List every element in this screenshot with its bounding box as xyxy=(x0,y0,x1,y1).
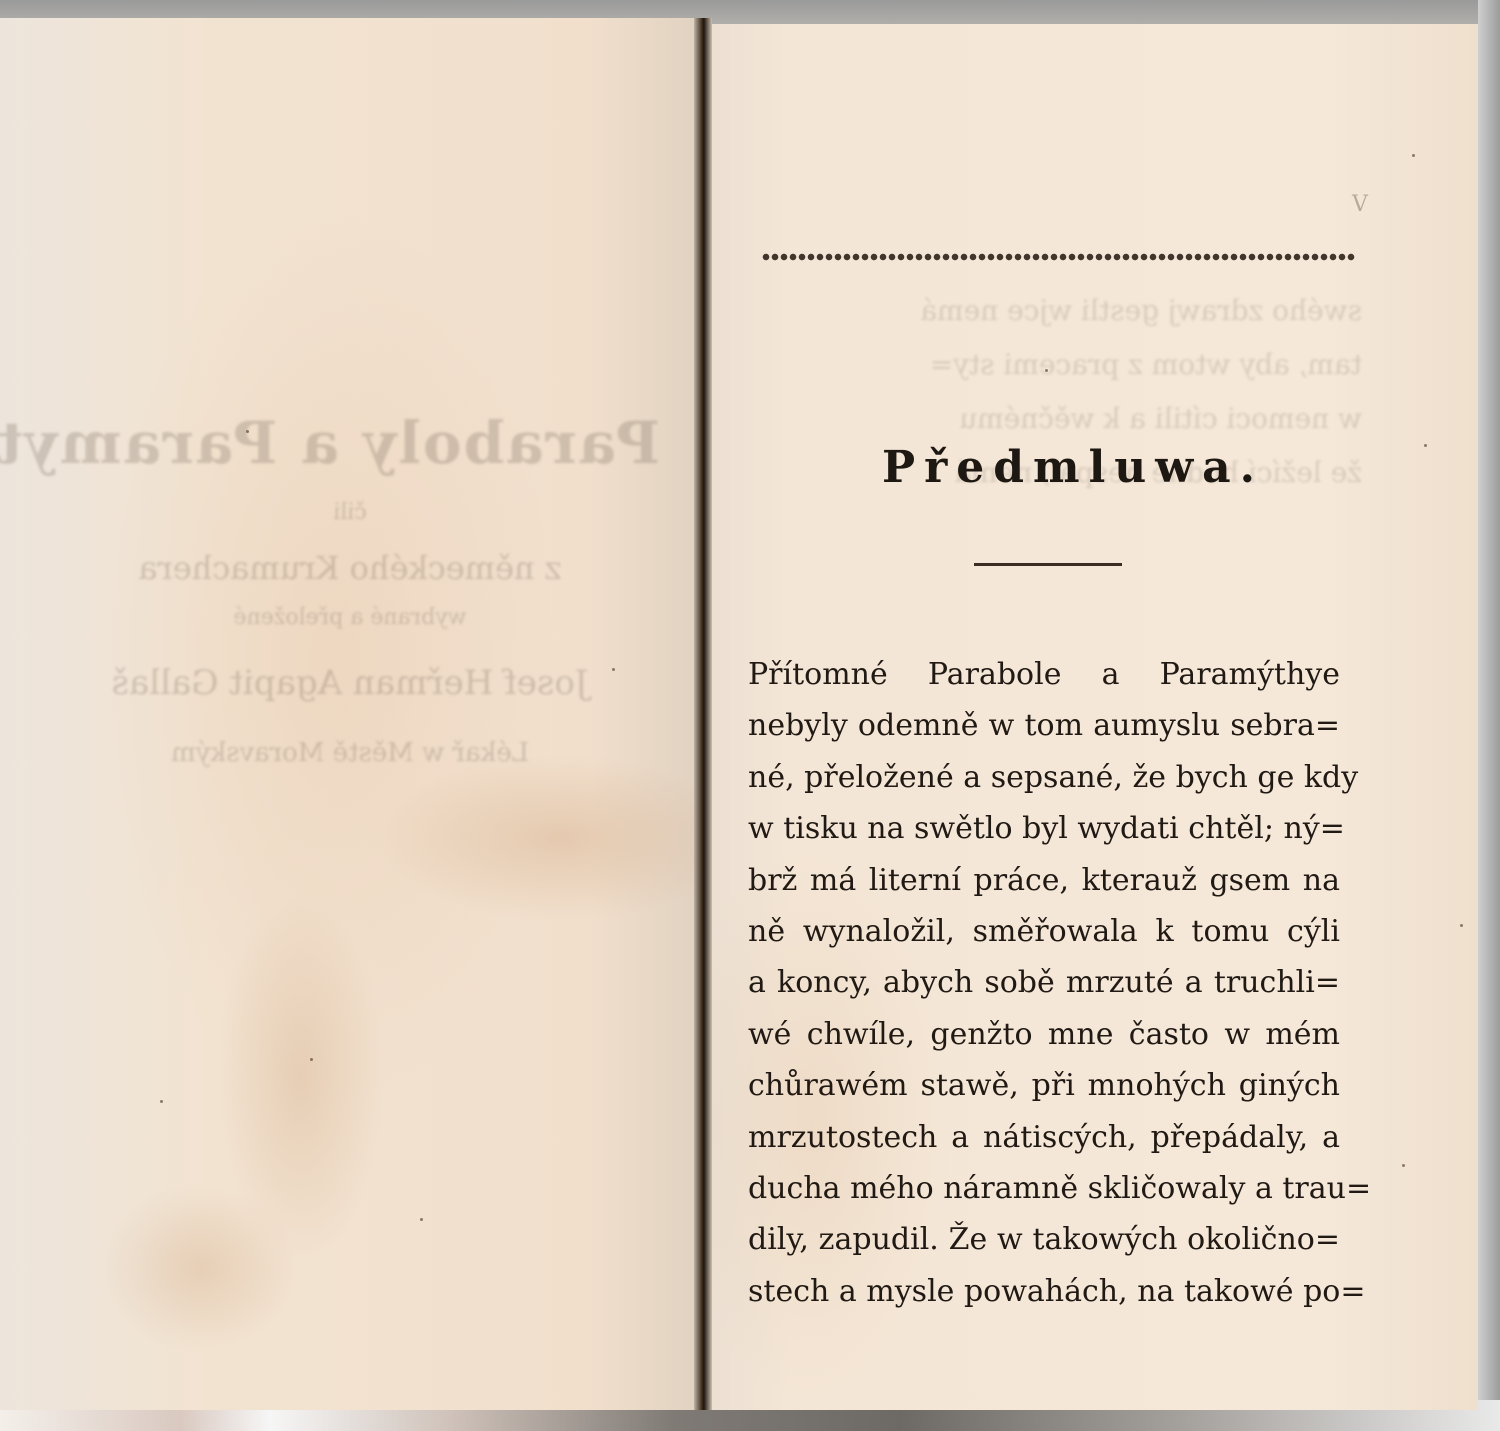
text-line: ducha mého náramně skličowaly a trau= xyxy=(748,1163,1340,1214)
ghost-line: z německého Krumachera xyxy=(40,538,660,598)
ghost-line: wybrané a přeložené xyxy=(40,598,660,638)
text-line: chůrawém stawě, při mnohých giných xyxy=(748,1060,1340,1111)
text-line: stech a mysle powahách, na takowé po= xyxy=(748,1266,1340,1317)
heading-underline xyxy=(974,563,1122,566)
ghost-line: tam, aby wtom z pracemi sty= xyxy=(762,338,1362,392)
text-line: ně wynaložil, směřowala k tomu cýli xyxy=(748,906,1340,957)
left-page: Paraboly a Paramythye, čili z německého … xyxy=(0,18,694,1410)
text-line: mrzutostech a nátiscých, přepádaly, a xyxy=(748,1112,1340,1163)
book-gutter xyxy=(694,18,712,1410)
ghost-title: Paraboly a Paramythye, xyxy=(40,398,660,488)
text-line: nebyly odemně w tom aumyslu sebra= xyxy=(748,700,1340,751)
chapter-heading: Předmluwa. xyxy=(882,442,1242,493)
text-line: brž má literní práce, kterauž gsem na xyxy=(748,855,1340,906)
text-line: Přítomné Parabole a Paramýthye xyxy=(748,649,1340,700)
text-line: a koncy, abych sobě mrzuté a truchli= xyxy=(748,957,1340,1008)
text-line: w tisku na swětlo byl wydati chtěl; ný= xyxy=(748,803,1340,854)
ghost-line: Josef Heřman Agapit Gallaš xyxy=(40,638,660,728)
text-line: né, přeložené a sepsané, že bych ge kdy xyxy=(748,752,1340,803)
backdrop-right xyxy=(1478,0,1500,1431)
ghost-line: Lékař w Městě Moravským xyxy=(40,728,660,778)
body-text: Přítomné Parabole a Paramýthye nebyly od… xyxy=(748,649,1340,1317)
ghost-line: čili xyxy=(40,488,660,538)
ornamental-rule xyxy=(762,250,1356,264)
ghost-line: w nemoci cítili a k wěčnému xyxy=(762,392,1362,446)
left-page-bleed-through: Paraboly a Paramythye, čili z německého … xyxy=(40,398,660,778)
page-number: V xyxy=(1352,192,1368,217)
right-page: swého zdrawj gestli wjce nemá tam, aby w… xyxy=(712,24,1478,1410)
ghost-line: swého zdrawj gestli wjce nemá xyxy=(762,284,1362,338)
text-line: wé chwíle, genžto mne často w mém xyxy=(748,1009,1340,1060)
text-line: dily, zapudil. Že w takowých okolično= xyxy=(748,1214,1340,1265)
